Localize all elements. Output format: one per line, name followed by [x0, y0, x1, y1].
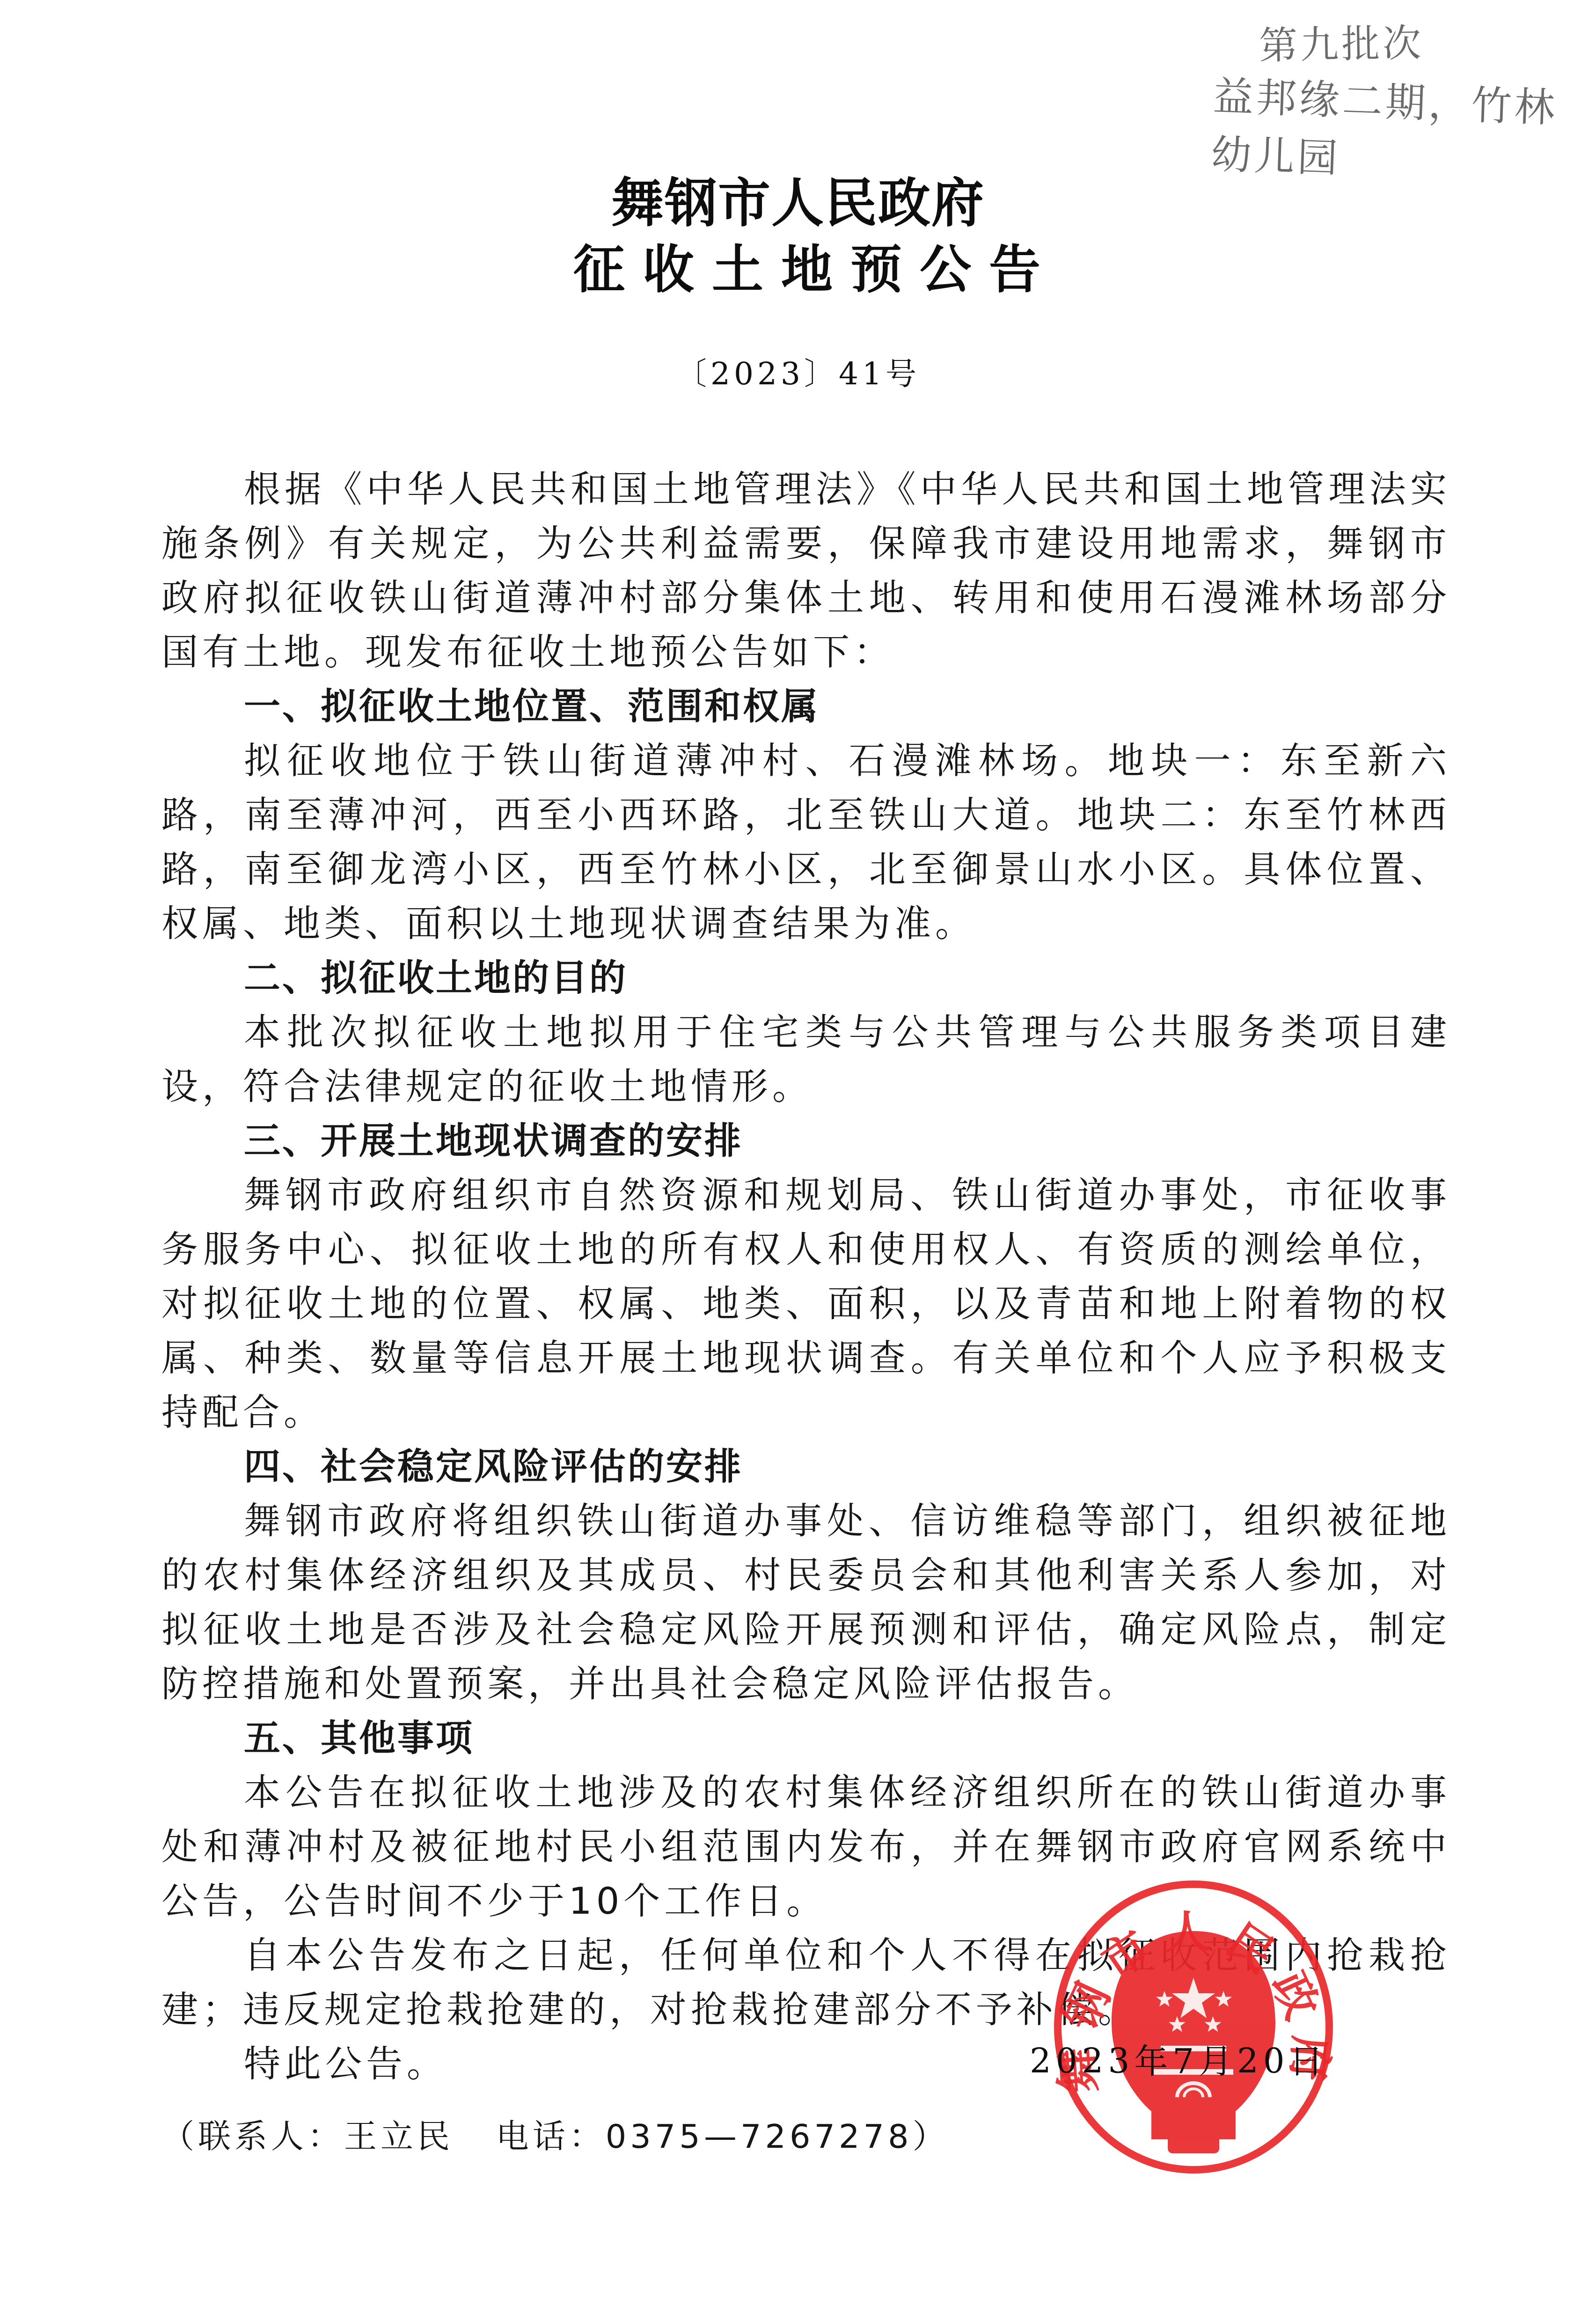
- section-3-paragraph: 舞钢市政府组织市自然资源和规划局、铁山街道办事处，市征收事务服务中心、拟征收土地…: [161, 1168, 1451, 1440]
- section-1-paragraph: 拟征收地位于铁山街道薄冲村、石漫滩林场。地块一：东至新六路，南至薄冲河，西至小西…: [161, 734, 1451, 951]
- document-page: 第九批次 益邦缘二期，竹林幼儿园 舞钢市人民政府 征收土地预公告 〔2023〕4…: [0, 0, 1596, 2306]
- section-4-paragraph: 舞钢市政府将组织铁山街道办事处、信访维稳等部门，组织被征地的农村集体经济组织及其…: [161, 1494, 1451, 1711]
- section-heading-4: 四、社会稳定风险评估的安排: [161, 1440, 1451, 1494]
- handwritten-note-line1: 第九批次: [1259, 13, 1424, 70]
- document-title: 征收土地预公告: [0, 228, 1596, 302]
- section-heading-1: 一、拟征收土地位置、范围和权属: [161, 680, 1451, 734]
- issuer-title: 舞钢市人民政府: [0, 162, 1596, 237]
- official-seal-icon: 舞钢市人民政府: [1051, 1877, 1336, 2177]
- contact-info: （联系人：王立民 电话：0375—7267278）: [161, 2110, 949, 2158]
- signature-date: 2023年7月20日: [1030, 2034, 1328, 2083]
- document-body: 根据《中华人民共和国土地管理法》《中华人民共和国土地管理法实施条例》有关规定，为…: [161, 463, 1451, 2092]
- section-heading-5: 五、其他事项: [161, 1711, 1451, 1766]
- intro-paragraph: 根据《中华人民共和国土地管理法》《中华人民共和国土地管理法实施条例》有关规定，为…: [161, 463, 1451, 680]
- document-number: 〔2023〕41号: [0, 349, 1596, 393]
- section-heading-2: 二、拟征收土地的目的: [161, 951, 1451, 1006]
- section-heading-3: 三、开展土地现状调查的安排: [161, 1114, 1451, 1168]
- section-2-paragraph: 本批次拟征收土地拟用于住宅类与公共管理与公共服务类项目建设，符合法律规定的征收土…: [161, 1006, 1451, 1114]
